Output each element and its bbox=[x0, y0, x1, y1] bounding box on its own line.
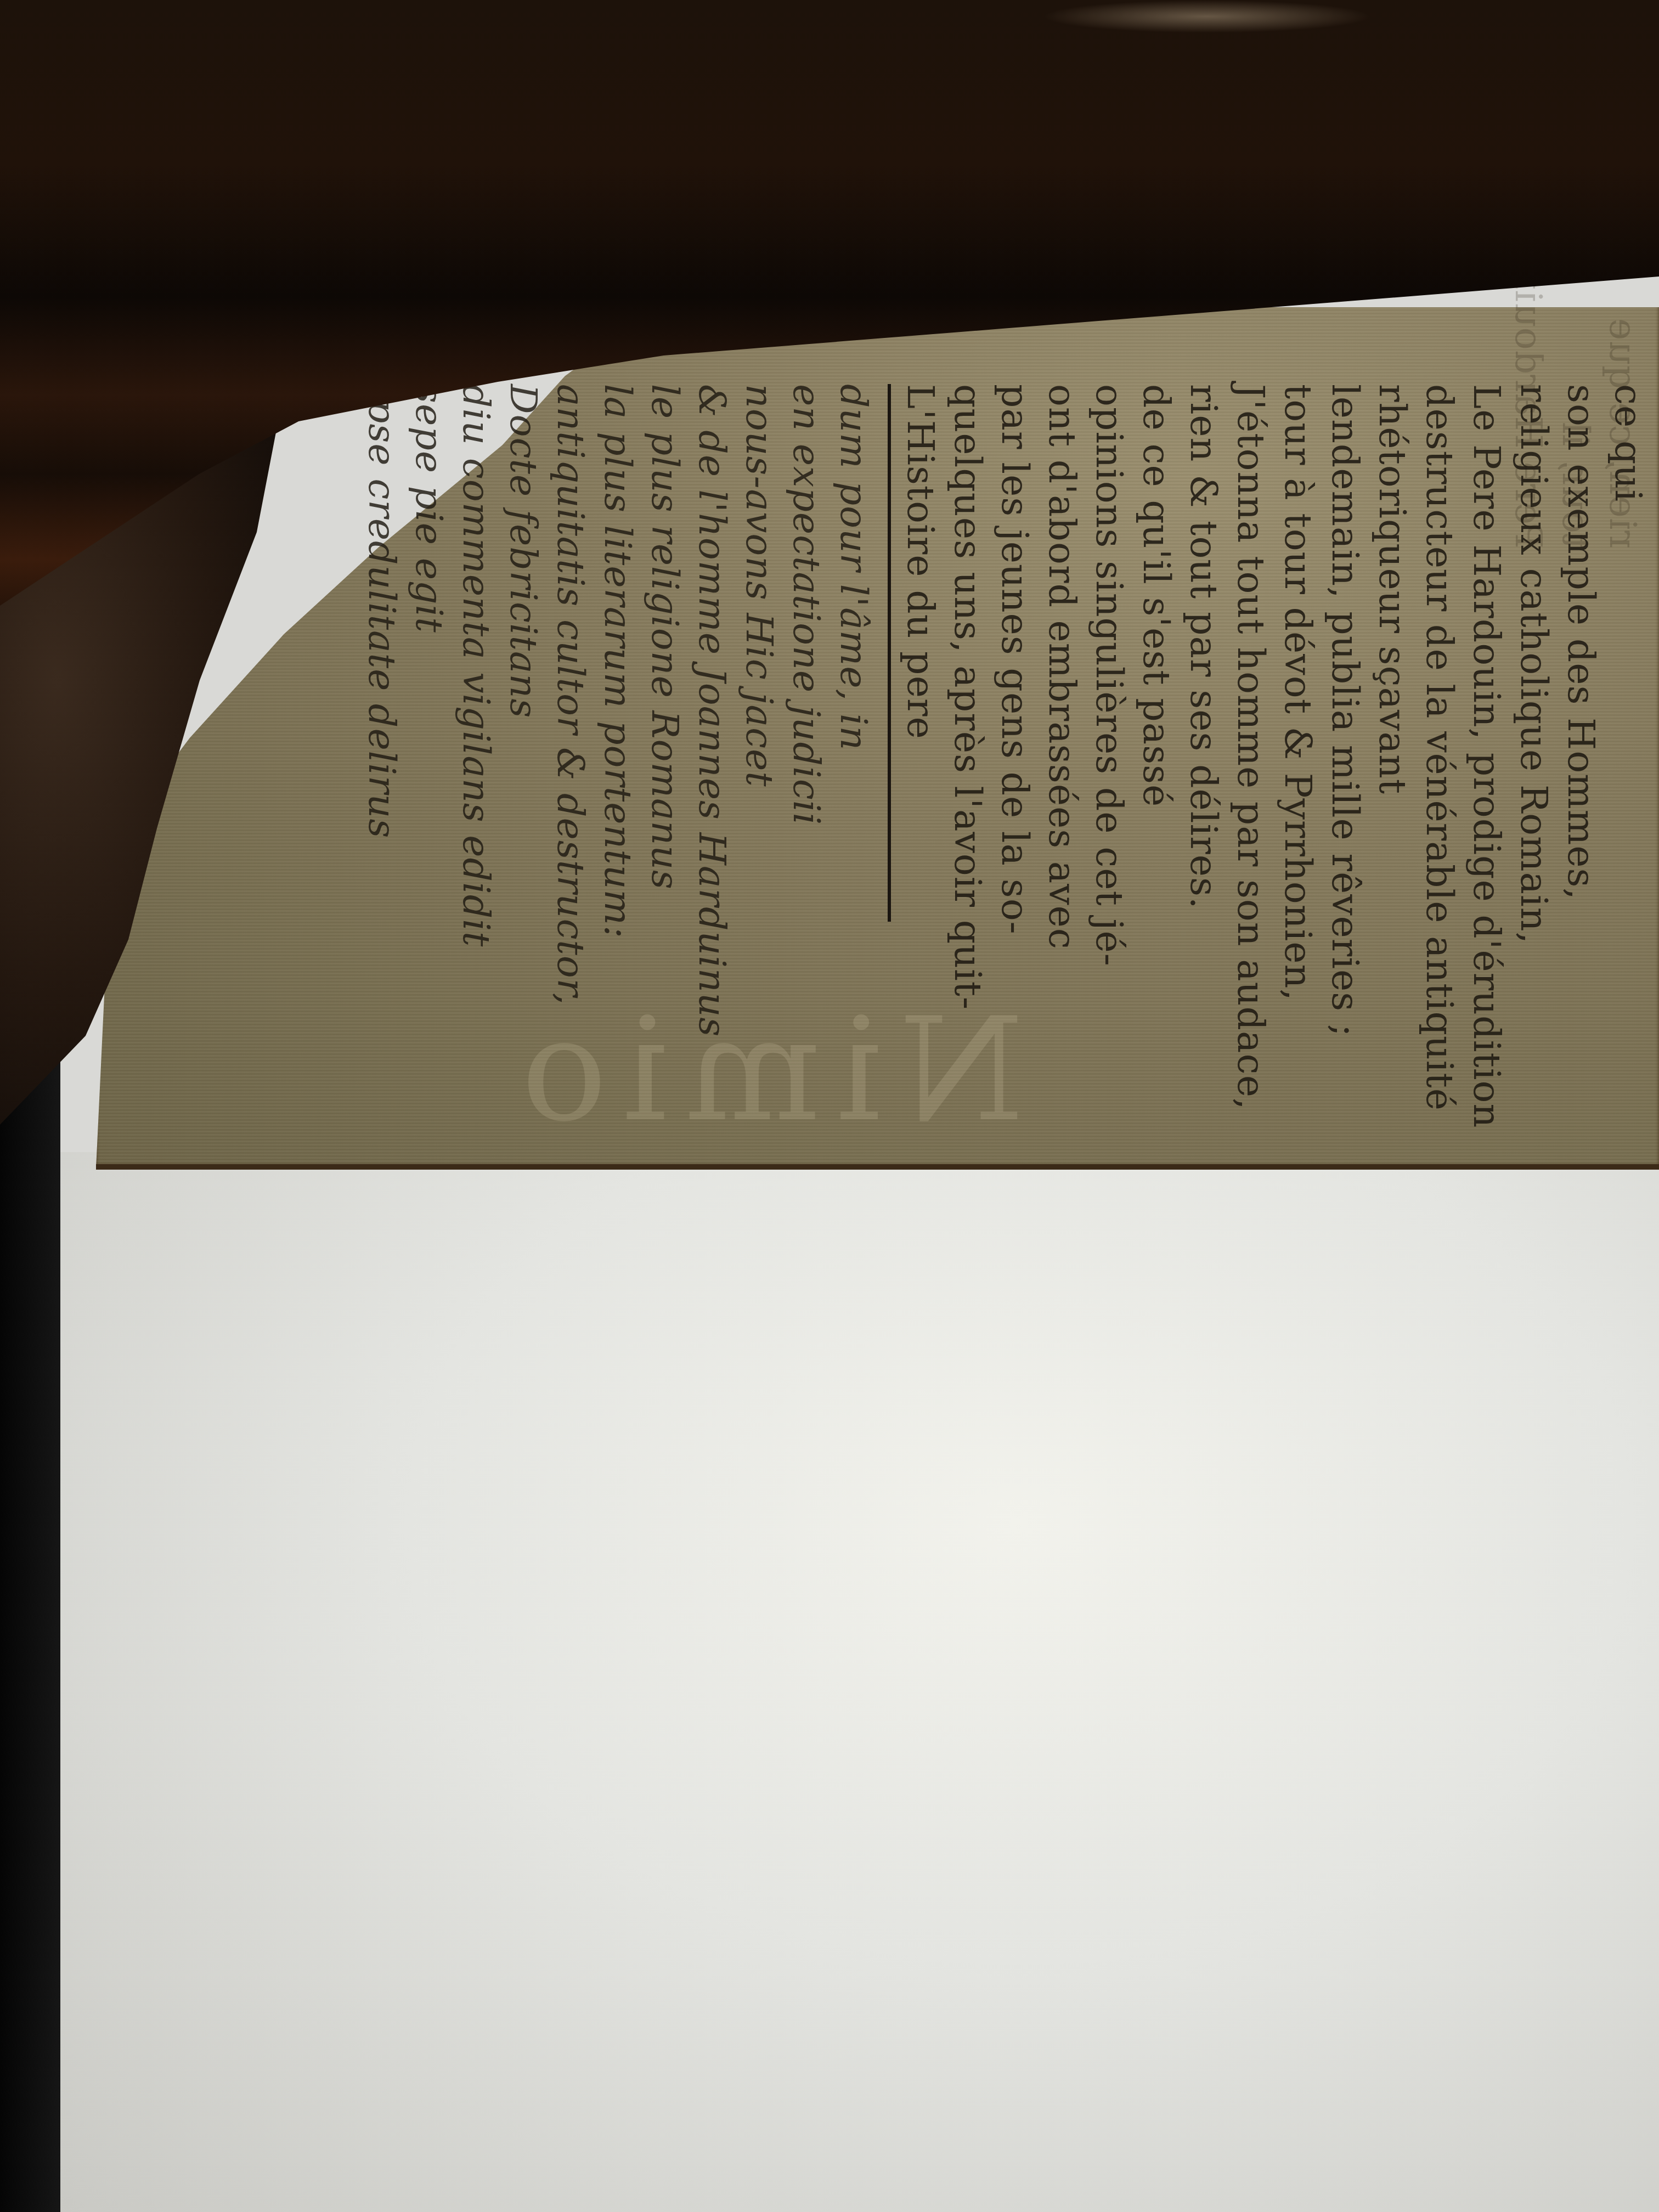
text-line: rhétoriqueur sçavant bbox=[1368, 384, 1415, 933]
text-line: Le Pere Hardouin, prodige d'érudition bbox=[1463, 384, 1510, 933]
epitaph-line: nous-avons Hic jacet bbox=[735, 384, 782, 933]
page-bottom-edge bbox=[96, 1164, 1659, 1170]
text-line: ont d'abord embrassées avec bbox=[1038, 384, 1085, 933]
horizontal-rule bbox=[888, 384, 891, 922]
epitaph-line: & de l'homme Joannes Harduinus bbox=[688, 384, 735, 933]
text-line: L'Histoire du pere bbox=[896, 384, 944, 933]
photo-scene: Nimio rien, ce que tour, il Pere Hardoui… bbox=[0, 0, 1659, 2212]
bleed-through-watermark: Nimio bbox=[505, 988, 1024, 1153]
white-surface bbox=[60, 1152, 1659, 2212]
epitaph-line: dum pour l'âme, in bbox=[830, 384, 877, 933]
text-line: rien & tout par ses délires. bbox=[1180, 384, 1227, 933]
epitaph-line: la plus literarum portentum: bbox=[594, 384, 641, 933]
text-line: quelques uns, après l'avoir quit- bbox=[944, 384, 991, 933]
text-line: par les jeunes gens de la so- bbox=[991, 384, 1038, 933]
text-line: son exemple des Hommes, bbox=[1557, 384, 1604, 933]
epitaph-line: sepe pie egit bbox=[405, 384, 452, 933]
left-dark-edge bbox=[0, 1042, 60, 2212]
text-line: de ce qu'il s'est passé bbox=[1132, 384, 1180, 933]
light-reflection bbox=[1042, 0, 1372, 33]
text-line: J'étonna tout homme par son audace, bbox=[1227, 384, 1274, 933]
text-line: ce qui bbox=[1604, 384, 1651, 933]
page-text: ce qui son exemple des Hommes, religieux… bbox=[358, 384, 1651, 933]
text-line: opinions singulières de cet jé- bbox=[1085, 384, 1132, 933]
text-line: destructeur de la vénérable antiquité bbox=[1415, 384, 1463, 933]
text-line: lendemain, publia mille rêveries ; bbox=[1321, 384, 1368, 933]
epitaph-line: en expectatione judicii bbox=[782, 384, 830, 933]
epitaph-line: Docte febricitans bbox=[499, 384, 546, 933]
latin-epitaph: dum pour l'âme, in en expectatione judic… bbox=[358, 384, 877, 933]
epitaph-line: Ipse credulitate delirus bbox=[358, 384, 405, 933]
text-line: religieux catholique Romain, bbox=[1510, 384, 1557, 933]
epitaph-line: diu commenta vigilans edidit bbox=[452, 384, 499, 933]
french-paragraph: ce qui son exemple des Hommes, religieux… bbox=[896, 384, 1651, 933]
epitaph-line: le plus religione Romanus bbox=[641, 384, 688, 933]
text-line: tour à tour dévot & Pyrrhonien, bbox=[1274, 384, 1321, 933]
epitaph-line: antiquitatis cultor & destructor, bbox=[546, 384, 594, 933]
